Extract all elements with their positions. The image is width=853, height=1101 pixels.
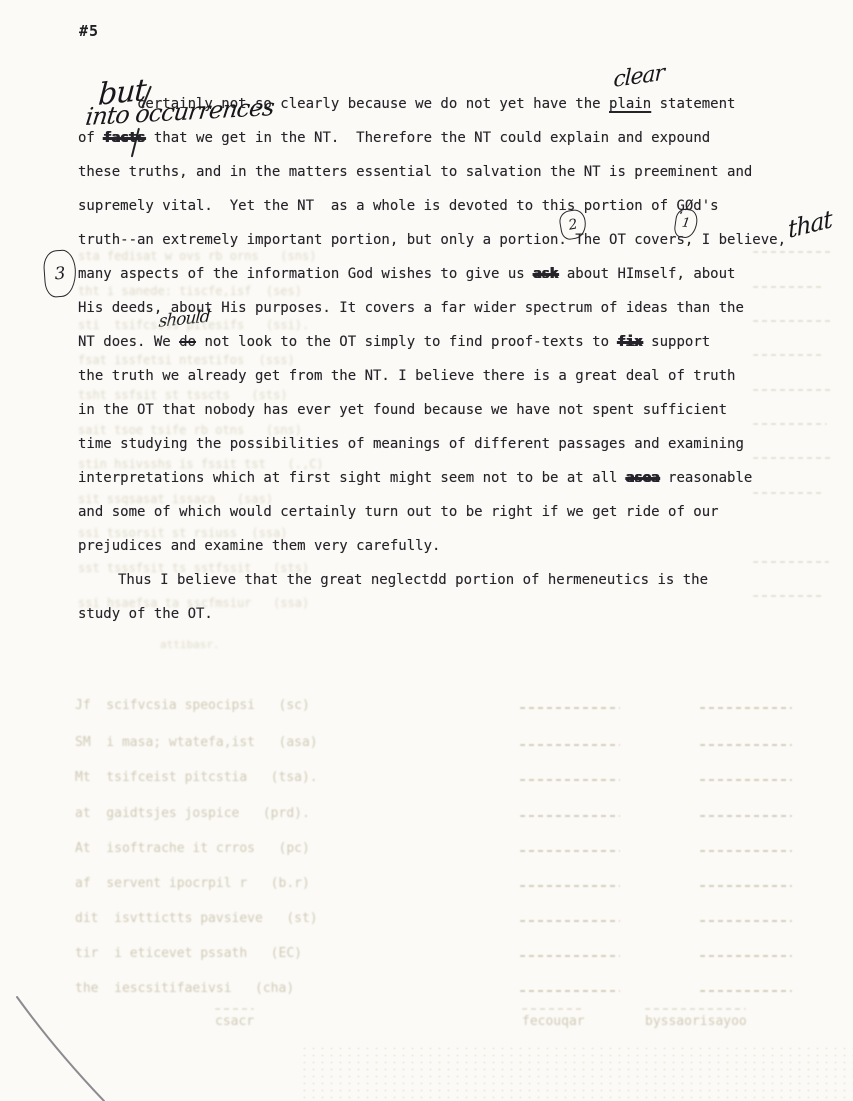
ghost-dash	[520, 955, 620, 957]
ghost-row: sait tsoe tsife rb otns (sns)	[78, 423, 302, 437]
typed-text: the truth we already get from the NT. I …	[78, 368, 735, 384]
ghost-dash	[700, 850, 792, 852]
typed-text: not look to the OT simply to find proof-…	[196, 334, 617, 350]
ghost-row: At isoftrache it crros (pc)	[75, 841, 310, 856]
ghost-row: tsht ssfsit st tsscts (sts)	[78, 388, 288, 402]
typed-text: support	[643, 334, 710, 350]
ghost-row: tht i sanede: tiscfe,isf (ses)	[78, 284, 302, 298]
typed-line: these truths, and in the matters essenti…	[78, 155, 818, 189]
ghost-dash	[520, 707, 620, 709]
typed-line: of facts that we get in the NT. Therefor…	[78, 121, 818, 155]
ghost-dash	[520, 920, 620, 922]
typed-text: of	[78, 130, 103, 146]
ghost-row: tir i eticevet pssath (EC)	[75, 946, 302, 961]
ghost-margin-dash	[753, 423, 827, 425]
ghost-dash	[700, 920, 792, 922]
typed-text: supremely vital. Yet the NT as a whole i…	[78, 198, 719, 214]
ghost-footer-overline	[645, 1008, 746, 1010]
typed-word-xb: asea	[626, 470, 660, 486]
ghost-dash	[520, 885, 620, 887]
typed-text: NT does. We	[78, 334, 179, 350]
ghost-dash	[520, 990, 620, 992]
typed-text: statement	[651, 96, 735, 112]
ghost-dash	[700, 779, 792, 781]
paper-speckle-texture	[300, 1045, 853, 1101]
circled-number: 3	[42, 249, 77, 298]
ghost-row: sst tsssfsit ts sstfssit (sts)	[78, 561, 309, 575]
ghost-margin-dash	[753, 320, 831, 322]
ghost-row: fsat issfetsi ntestifos (sss)	[78, 353, 295, 367]
ghost-margin-dash	[753, 457, 831, 459]
ghost-row: sti tsifcsiss pitesifs (ssi).	[78, 318, 309, 332]
typed-text: time studying the possibilities of meani…	[78, 436, 744, 452]
scanned-manuscript-page: { "page": { "number_label": "#5", "paper…	[0, 0, 853, 1101]
ghost-margin-dash	[753, 251, 833, 253]
ghost-row: stin hsivsshs is fssit tst (.,C)	[78, 457, 324, 471]
ghost-margin-dash	[753, 492, 823, 494]
ghost-heading: attibasr.	[160, 638, 220, 651]
typed-word-xb: facts	[103, 130, 145, 146]
ghost-margin-dash	[753, 286, 825, 288]
ghost-footer-item: byssaorisayoo	[645, 1014, 747, 1029]
ghost-row: at gaidtsjes jospice (prd).	[75, 806, 310, 821]
typed-line: supremely vital. Yet the NT as a whole i…	[78, 189, 818, 223]
typed-text: that we get in the NT. Therefore the NT …	[145, 130, 710, 146]
ghost-row: the iescsitifaeivsi (cha)	[75, 981, 294, 996]
ghost-row: Mt tsifceist pitcstia (tsa).	[75, 770, 318, 785]
ghost-footer-item: csacr	[215, 1014, 254, 1029]
ghost-dash	[520, 779, 620, 781]
ghost-dash	[700, 707, 792, 709]
page-number: #5	[79, 22, 99, 40]
ghost-dash	[520, 744, 620, 746]
ghost-dash	[700, 744, 792, 746]
ghost-footer-item: fecouqar	[522, 1014, 585, 1029]
ghost-margin-dash	[753, 389, 833, 391]
ghost-footer-overline	[522, 1008, 584, 1010]
typed-text: and some of which would certainly turn o…	[78, 504, 719, 520]
typed-text: in the OT that nobody has ever yet found…	[78, 402, 727, 418]
typed-text: prejudices and examine them very careful…	[78, 538, 440, 554]
ghost-margin-dash	[753, 354, 823, 356]
ghost-dash	[700, 885, 792, 887]
typed-text: these truths, and in the matters essenti…	[78, 164, 752, 180]
ghost-row: ssi tssorsit st rsiuss (ssa)	[78, 526, 288, 540]
typed-text: reasonable	[660, 470, 753, 486]
typed-text: many aspects of the information God wish…	[78, 266, 533, 282]
typed-text: interpretations which at first sight mig…	[78, 470, 626, 486]
ghost-margin-dash	[753, 595, 825, 597]
ghost-dash	[700, 990, 792, 992]
ghost-row: ssi hsaefsa ta sscfmsiur (ssa)	[78, 596, 309, 610]
ghost-dash	[700, 955, 792, 957]
ghost-row: sit ssqsasat issaca (sas)	[78, 492, 273, 506]
typed-word-u: plain	[609, 96, 651, 112]
ghost-row: SM i masa; wtatefa,ist (asa)	[75, 735, 318, 750]
ghost-footer-overline	[215, 1008, 254, 1010]
ghost-margin-dash	[753, 561, 829, 563]
ghost-row: dit isvttictts pavsieve (st)	[75, 911, 318, 926]
ghost-row: Jf scifvcsia speocipsi (sc)	[75, 698, 310, 713]
ghost-row: af servent ipocrpil r (b.r)	[75, 876, 310, 891]
typed-word-xb: fix	[617, 334, 642, 350]
typed-word-xb: ask	[533, 266, 558, 282]
ghost-dash	[520, 850, 620, 852]
ghost-dash	[700, 815, 792, 817]
typed-word-hx: do	[179, 334, 196, 350]
ghost-dash	[520, 815, 620, 817]
typed-text: about HImself, about	[558, 266, 735, 282]
ghost-row: sta fedisat w ovs rb orns (sns)	[78, 249, 316, 263]
